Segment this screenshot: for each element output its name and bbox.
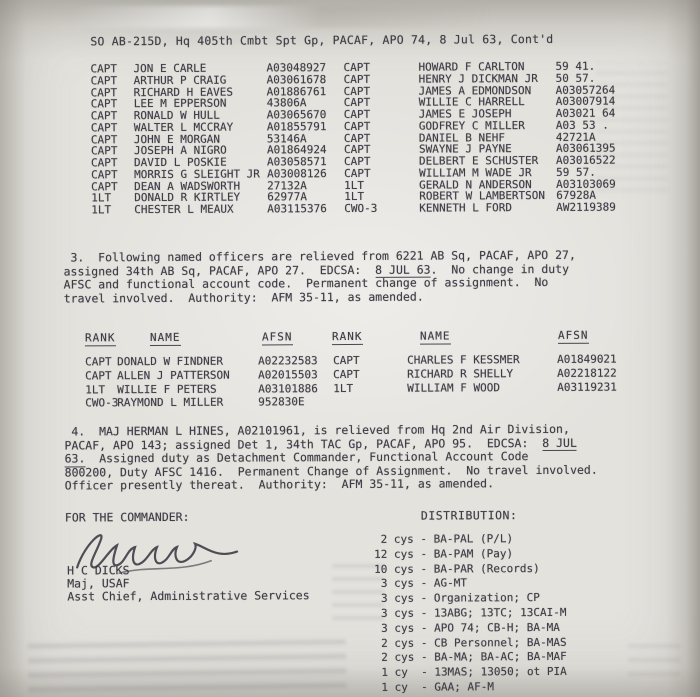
- roster-cell: CAPT: [91, 169, 134, 181]
- roster-cell: CAPT: [91, 122, 134, 134]
- roster-cell: WILLIAM M WADE JR: [419, 167, 556, 179]
- roster-cell: [407, 394, 557, 409]
- roster-cell: CAPT: [85, 369, 117, 383]
- distribution-item: 2 cys - BA-MA; BA-AC; BA-MAF: [375, 650, 567, 666]
- roster-cell: WILLIE F PETERS: [117, 382, 258, 397]
- roster-row: 1LTCHESTER L MEAUXA03115376CWO-3KENNETH …: [91, 202, 616, 216]
- distribution-item: 3 cys - APO 74; CB-H; BA-MA: [374, 621, 566, 637]
- roster2-header-rank-left: RANK: [85, 331, 116, 346]
- roster-cell: A03115376: [267, 203, 344, 215]
- roster-cell: A01849021: [557, 353, 617, 367]
- roster-cell: CAPT: [85, 355, 117, 369]
- roster-cell: RAYMOND L MILLER: [117, 396, 258, 411]
- roster-cell: A03008126: [267, 168, 344, 180]
- roster-cell: CHARLES F KESSMER: [407, 353, 557, 368]
- roster-cell: [333, 395, 407, 409]
- paragraph-line: travel involved. Authority: AFM 35-11, a…: [64, 289, 576, 305]
- roster2-header-afsn-right: AFSN: [558, 329, 589, 344]
- roster-cell: 1LT: [333, 381, 407, 395]
- roster-cell: CAPT: [91, 75, 134, 87]
- roster2-header-afsn-left: AFSN: [262, 330, 293, 345]
- roster-cell: CWO-3: [85, 397, 117, 411]
- distribution-item: 10 cys - BA-PAR (Records): [374, 561, 566, 577]
- roster-cell: CAPT: [343, 62, 418, 74]
- roster-cell: 1LT: [91, 204, 134, 216]
- roster-cell: CWO-3: [344, 203, 419, 215]
- text-segment: travel involved. Authority: AFM 35-11, a…: [64, 289, 424, 305]
- roster-cell: A02232583: [258, 354, 333, 368]
- roster-cell: RICHARD R SHELLY: [407, 367, 557, 382]
- distribution-item: 1 cy - 13MAS; 13050; ot PIA: [375, 665, 567, 681]
- roster-cell: AW2119389: [556, 202, 616, 214]
- roster2-header-name-left: NAME: [150, 331, 181, 346]
- roster-cell: CAPT: [333, 354, 407, 368]
- roster-cell: ALLEN J PATTERSON: [117, 368, 258, 383]
- roster-cell: A03 53 .: [556, 119, 616, 131]
- signer-title: Asst Chief, Administrative Services: [67, 589, 309, 603]
- roster-cell: DONALD W FINDNER: [117, 354, 258, 369]
- distribution-item: 2 cys - CB Personnel; BA-MAS: [375, 635, 567, 651]
- paragraph-3: 3. Following named officers are relieved…: [63, 249, 576, 306]
- roster-cell: [557, 394, 617, 408]
- roster-cell: HENRY J DICKMAN JR: [419, 73, 556, 85]
- distribution-list: 2 cys - BA-PAL (P/L)12 cys - BA-PAM (Pay…: [374, 532, 567, 696]
- officer-roster-1: CAPTJON E CARLEA03048927CAPTHOWARD F CAR…: [91, 61, 616, 216]
- officer-roster-2: CAPTDONALD W FINDNERA02232583CAPTCHARLES…: [85, 353, 617, 411]
- roster-cell: GODFREY C MILLER: [419, 120, 556, 132]
- roster-cell: A02218122: [557, 366, 617, 380]
- roster-cell: CAPT: [344, 73, 419, 85]
- text-segment: Officer presently thereat. Authority: AF…: [65, 476, 494, 492]
- roster-cell: A03119231: [557, 380, 617, 394]
- signature-block: H C DICKS Maj, USAF Asst Chief, Administ…: [67, 563, 310, 603]
- text-segment: . No change in duty: [431, 261, 570, 276]
- roster-cell: 1LT: [85, 383, 117, 397]
- distribution-item: 3 cys - AG-MT: [374, 576, 566, 592]
- scanned-military-order: { "header_line": "SO AB-215D, Hq 405th C…: [0, 0, 700, 697]
- roster-cell: WALTER L MCCRAY: [134, 121, 267, 133]
- roster-cell: KENNETH L FORD: [419, 202, 556, 214]
- roster-cell: 50 57.: [556, 72, 616, 84]
- roster-cell: CAPT: [333, 367, 407, 381]
- roster-cell: CAPT: [344, 109, 419, 121]
- signer-name: H C DICKS: [67, 563, 309, 577]
- distribution-item: 12 cys - BA-PAM (Pay): [374, 547, 566, 563]
- roster2-header-name-right: NAME: [420, 329, 451, 344]
- paragraph-line: Officer presently thereat. Authority: AF…: [65, 477, 598, 493]
- roster2-header-rank-right: RANK: [332, 330, 363, 345]
- roster-cell: CAPT: [344, 156, 419, 168]
- roster-cell: 952830E: [258, 395, 333, 409]
- roster-cell: CHESTER L MEAUX: [134, 203, 267, 215]
- roster-cell: A02015503: [258, 368, 333, 382]
- distribution-item: 2 cys - BA-PAL (P/L): [374, 532, 566, 548]
- roster-cell: ARTHUR P CRAIG: [134, 74, 267, 86]
- document-content: SO AB-215D, Hq 405th Cmbt Spt Gp, PACAF,…: [0, 0, 700, 697]
- roster-2-header-row: RANK NAME AFSN RANK NAME AFSN: [0, 328, 700, 346]
- roster-cell: MORRIS G SLEIGHT JR: [134, 168, 267, 180]
- paragraph-4: 4. MAJ HERMAN L HINES, A02101961, is rel…: [64, 423, 597, 493]
- roster-cell: A01855791: [267, 121, 344, 133]
- distribution-label: DISTRIBUTION:: [421, 508, 518, 523]
- distribution-item: 3 cys - Organization; CP: [374, 591, 566, 607]
- roster-cell: A03101886: [258, 382, 333, 396]
- distribution-item: 1 cy - GAA; AF-M: [375, 680, 567, 696]
- text-segment: 8 JUL: [542, 435, 577, 451]
- roster-cell: WILLIAM F WOOD: [407, 381, 557, 396]
- roster-cell: CAPT: [344, 167, 419, 179]
- distribution-item: 3 cys - 13ABG; 13TC; 13CAI-M: [374, 606, 566, 622]
- roster-cell: 59 57.: [556, 166, 616, 178]
- roster-cell: CAPT: [344, 120, 419, 132]
- order-header-line: SO AB-215D, Hq 405th Cmbt Spt Gp, PACAF,…: [90, 32, 553, 48]
- roster-cell: A03061678: [267, 74, 344, 86]
- roster-row: CWO-3RAYMOND L MILLER952830E: [85, 394, 617, 411]
